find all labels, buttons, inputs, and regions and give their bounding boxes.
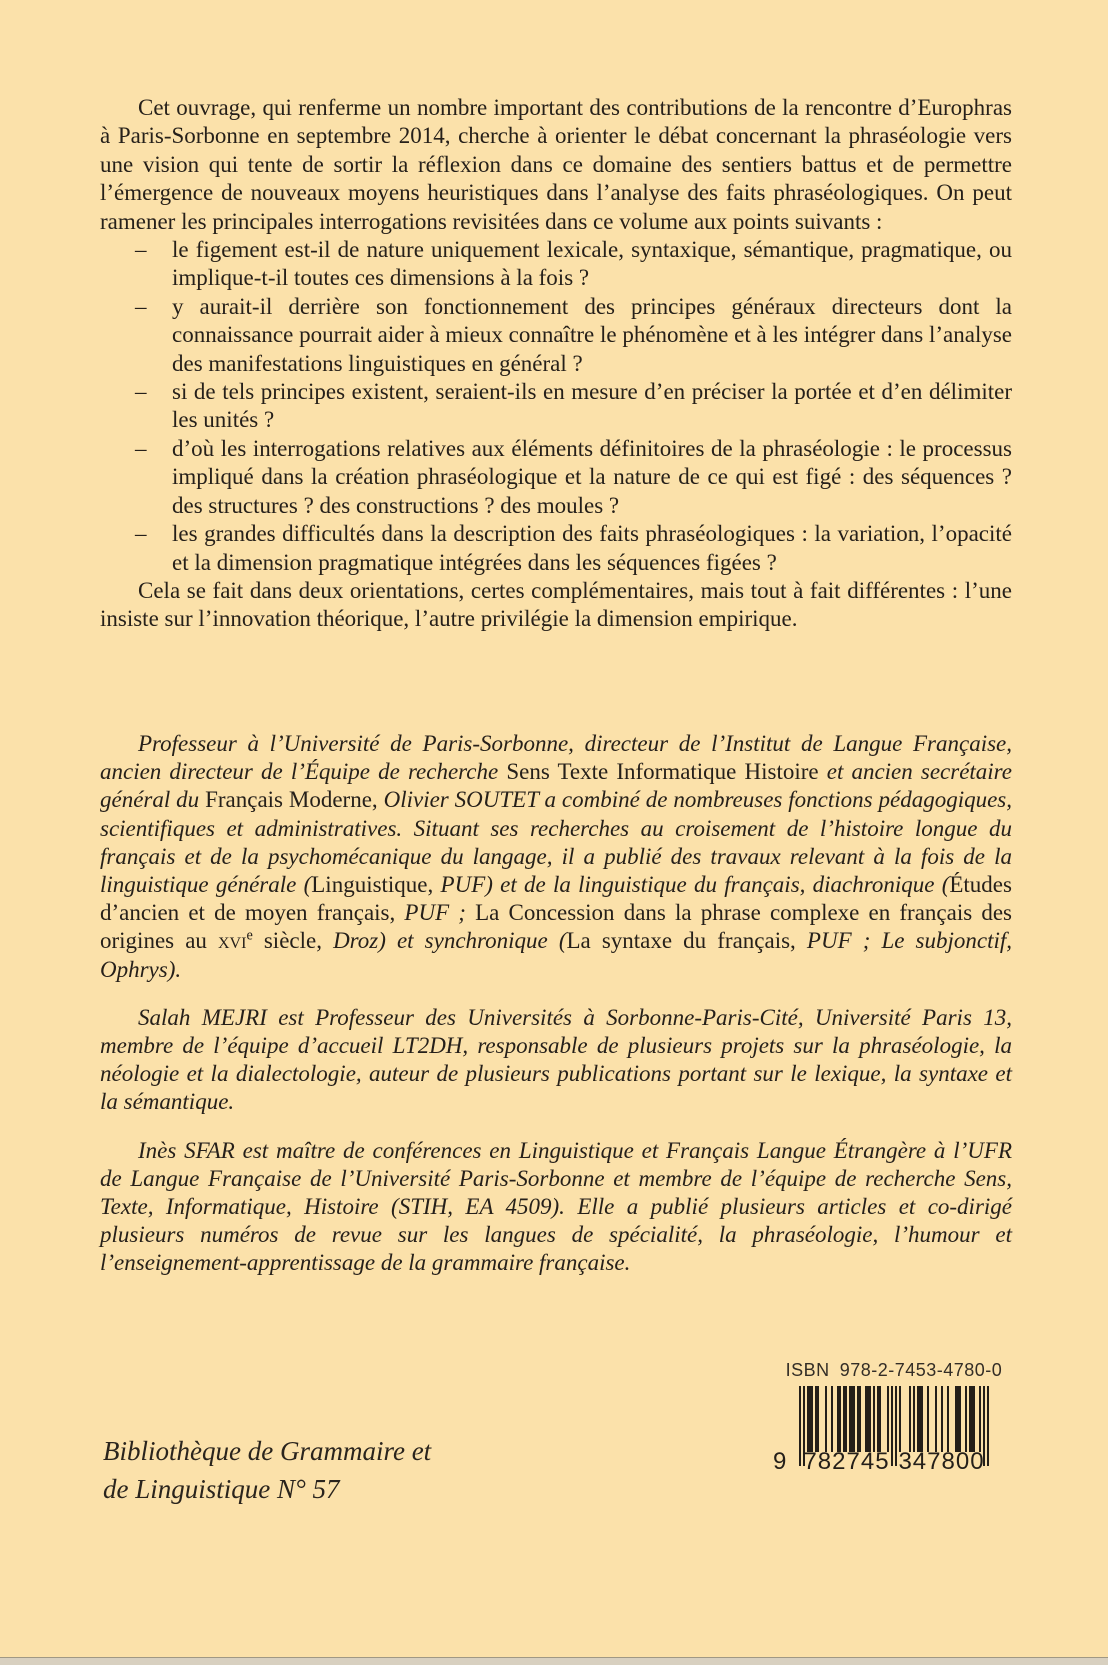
bullet-item: – si de tels principes existent, seraien… xyxy=(100,378,1012,435)
bullet-text: y aurait-il derrière son fonctionnement … xyxy=(172,293,1012,378)
bullet-dash: – xyxy=(135,435,172,520)
bullet-item: – d’où les interrogations relatives aux … xyxy=(100,435,1012,520)
blurb-paragraph-closing: Cela se fait dans deux orientations, cer… xyxy=(100,577,1012,634)
isbn-line: ISBN978-2-7453-4780-0 xyxy=(778,1360,1010,1381)
isbn-label: ISBN xyxy=(786,1360,830,1380)
bullet-text: le figement est-il de nature uniquement … xyxy=(172,236,1012,293)
author-bio-mejri: Salah MEJRI est Professeur des Universit… xyxy=(100,1004,1012,1117)
bullet-text: d’où les interrogations relatives aux él… xyxy=(172,435,1012,520)
ean-digit-first: 9 xyxy=(773,1448,799,1476)
bullet-dash: – xyxy=(135,378,172,435)
isbn-block: ISBN978-2-7453-4780-0 9 782745 347800 xyxy=(778,1360,1010,1486)
series-title: Bibliothèque de Grammaire et de Linguist… xyxy=(103,1432,431,1508)
author-bios: Professeur à l’Université de Paris-Sorbo… xyxy=(100,730,1012,1298)
ean-digits: 9 782745 347800 xyxy=(773,1448,989,1476)
bullet-item: – le figement est-il de nature uniquemen… xyxy=(100,236,1012,293)
series-line-1: Bibliothèque de Grammaire et xyxy=(103,1432,431,1470)
ean-group-left: 782745 xyxy=(799,1448,894,1476)
isbn-number: 978-2-7453-4780-0 xyxy=(840,1360,1003,1380)
bullet-item: – les grandes difficultés dans la descri… xyxy=(100,520,1012,577)
author-bio-soutet: Professeur à l’Université de Paris-Sorbo… xyxy=(100,730,1012,984)
bullet-item: – y aurait-il derrière son fonctionnemen… xyxy=(100,293,1012,378)
bullet-list: – le figement est-il de nature uniquemen… xyxy=(100,236,1012,577)
bullet-text: si de tels principes existent, seraient-… xyxy=(172,378,1012,435)
ean-group-right: 347800 xyxy=(894,1448,989,1476)
series-line-2: de Linguistique N° 57 xyxy=(103,1470,431,1508)
bullet-text: les grandes difficultés dans la descript… xyxy=(172,520,1012,577)
bullet-dash: – xyxy=(135,520,172,577)
page-bottom-edge xyxy=(0,1657,1108,1665)
ean-barcode: 9 782745 347800 xyxy=(799,1386,989,1486)
bullet-dash: – xyxy=(135,236,172,293)
blurb-paragraph-intro: Cet ouvrage, qui renferme un nombre impo… xyxy=(100,94,1012,236)
blurb-block: Cet ouvrage, qui renferme un nombre impo… xyxy=(100,94,1012,634)
book-back-cover: Cet ouvrage, qui renferme un nombre impo… xyxy=(0,0,1108,1665)
bullet-dash: – xyxy=(135,293,172,378)
author-bio-sfar: Inès SFAR est maître de conférences en L… xyxy=(100,1137,1012,1278)
